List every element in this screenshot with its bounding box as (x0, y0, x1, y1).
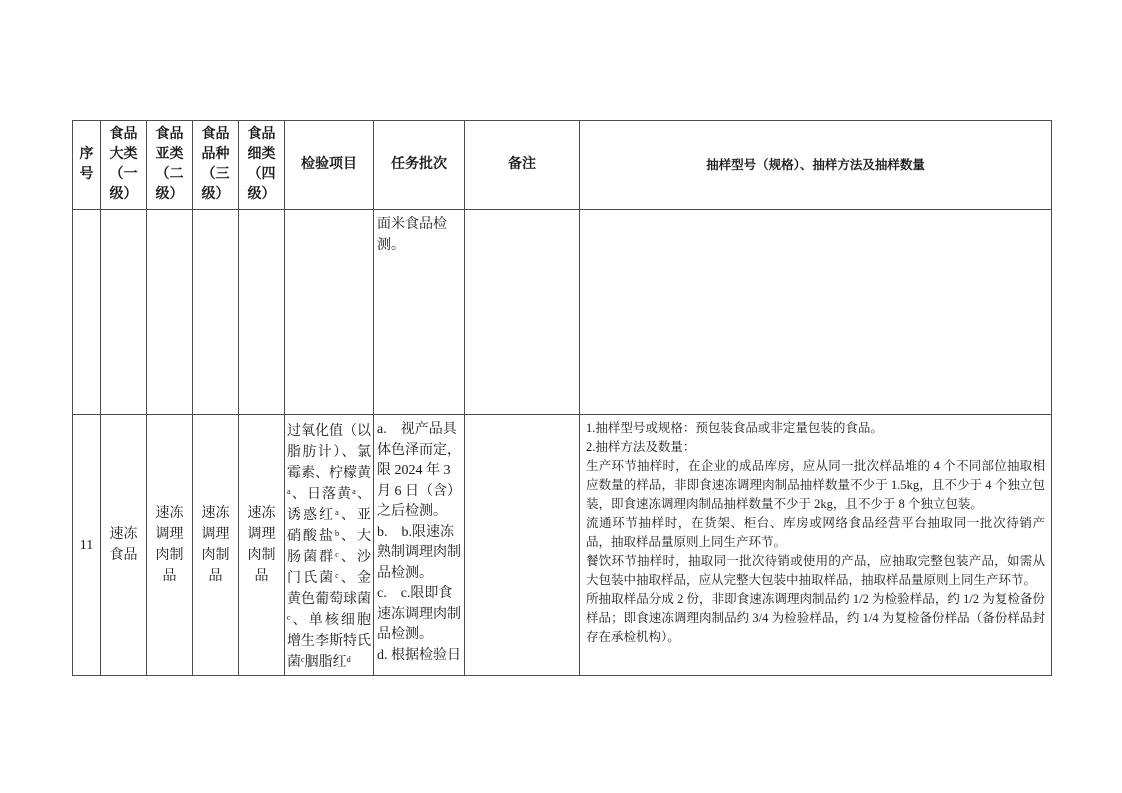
header-seq: 序号 (73, 121, 101, 210)
cell-inspection-items (285, 210, 374, 415)
cell-category-level1 (101, 210, 147, 415)
task-batch-item-c: c. c.限即食速冻调理肉制品检测。 (377, 584, 462, 646)
cell-remarks (465, 210, 580, 415)
sampling-paragraph: 1.抽样型号或规格：预包装食品或非定量包装的食品。 (586, 419, 1045, 438)
cell-sampling-spec (580, 210, 1052, 415)
cell-task-batch: a. 视产品具体色泽而定，限 2024 年 3 月 6 日（含）之后检测。 b.… (374, 415, 465, 676)
document-page: 序号 食品大类（一级） 食品亚类（二级） 食品品种（三级） 食品细类（四级） 检… (0, 0, 1122, 793)
cell-task-batch: 面米食品检测。 (374, 210, 465, 415)
task-batch-item-d: d. 根据检验日 (377, 646, 462, 667)
cell-category-level3: 速冻调理肉制品 (193, 415, 239, 676)
sampling-paragraph: 流通环节抽样时，在货架、柜台、库房或网络食品经营平台抽取同一批次待销产品，抽取样… (586, 514, 1045, 552)
header-category-level1: 食品大类（一级） (101, 121, 147, 210)
header-inspection-items: 检验项目 (285, 121, 374, 210)
cell-sampling-spec: 1.抽样型号或规格：预包装食品或非定量包装的食品。 2.抽样方法及数量： 生产环… (580, 415, 1052, 676)
table-header-row: 序号 食品大类（一级） 食品亚类（二级） 食品品种（三级） 食品细类（四级） 检… (73, 121, 1052, 210)
header-category-level2: 食品亚类（二级） (147, 121, 193, 210)
header-sampling-spec: 抽样型号（规格）、抽样方法及抽样数量 (580, 121, 1052, 210)
cell-category-level3 (193, 210, 239, 415)
cell-category-level4: 速冻调理肉制品 (239, 415, 285, 676)
cell-category-level2: 速冻调理肉制品 (147, 415, 193, 676)
header-category-level4: 食品细类（四级） (239, 121, 285, 210)
cell-remarks (465, 415, 580, 676)
cell-category-level1: 速冻食品 (101, 415, 147, 676)
cell-inspection-items: 过氧化值（以脂肪计）、氯霉素、柠檬黄ᵃ、日落黄ᵃ、诱惑红ᵃ、亚硝酸盐ᵇ、大肠菌群… (285, 415, 374, 676)
header-task-batch: 任务批次 (374, 121, 465, 210)
header-category-level3: 食品品种（三级） (193, 121, 239, 210)
header-remarks: 备注 (465, 121, 580, 210)
sampling-paragraph: 2.抽样方法及数量： (586, 438, 1045, 457)
sampling-paragraph: 生产环节抽样时，在企业的成品库房，应从同一批次样品堆的 4 个不同部位抽取相应数… (586, 457, 1045, 514)
food-sampling-table: 序号 食品大类（一级） 食品亚类（二级） 食品品种（三级） 食品细类（四级） 检… (72, 120, 1052, 676)
task-batch-item-b: b. b.限速冻熟制调理肉制品检测。 (377, 523, 462, 585)
table-row-11: 11 速冻食品 速冻调理肉制品 速冻调理肉制品 速冻调理肉制品 过氧化值（以脂肪… (73, 415, 1052, 676)
sampling-paragraph: 所抽取样品分成 2 份，非即食速冻调理肉制品约 1/2 为检验样品，约 1/2 … (586, 590, 1045, 647)
cell-category-level4 (239, 210, 285, 415)
cell-seq (73, 210, 101, 415)
table-row-continuation: 面米食品检测。 (73, 210, 1052, 415)
cell-seq: 11 (73, 415, 101, 676)
cell-category-level2 (147, 210, 193, 415)
sampling-paragraph: 餐饮环节抽样时，抽取同一批次待销或使用的产品，应抽取完整包装产品，如需从大包装中… (586, 552, 1045, 590)
task-batch-item-a: a. 视产品具体色泽而定，限 2024 年 3 月 6 日（含）之后检测。 (377, 420, 462, 523)
